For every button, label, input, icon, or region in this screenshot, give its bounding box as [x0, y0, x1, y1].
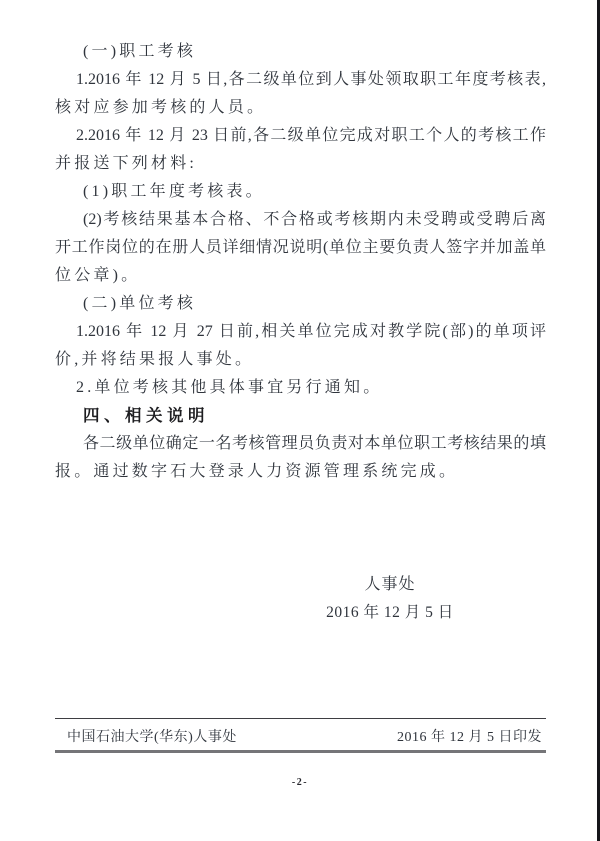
body-line-section-2-title: (二)单位考核	[55, 290, 546, 318]
body-line: 核对应参加考核的人员。	[55, 94, 546, 122]
body-line: 1.2016 年 12 月 27 日前,相关单位完成对教学院(部)的单项评	[55, 318, 546, 346]
body-line: 位公章)。	[55, 262, 546, 290]
section-heading: 四、相关说明	[55, 402, 546, 430]
body-line: (2)考核结果基本合格、不合格或考核期内未受聘或受聘后离	[55, 206, 546, 234]
footer: 中国石油大学(华东)人事处 2016 年 12 月 5 日印发	[55, 727, 546, 749]
footer-rule-thick	[55, 750, 546, 753]
signature-org: 人事处	[290, 571, 490, 599]
footer-print-date: 2016 年 12 月 5 日印发	[397, 727, 546, 749]
document-page: (一)职工考核 1.2016 年 12 月 5 日,各二级单位到人事处领取职工年…	[0, 0, 600, 841]
signature-date: 2016 年 12 月 5 日	[290, 599, 490, 627]
body-line: 并报送下列材料:	[55, 150, 546, 178]
page-number: -2-	[0, 777, 600, 788]
body-line: 报。通过数字石大登录人力资源管理系统完成。	[55, 458, 546, 486]
body-line: 2.单位考核其他具体事宜另行通知。	[55, 374, 546, 402]
signature-block: 人事处 2016 年 12 月 5 日	[290, 571, 490, 627]
body-line: 1.2016 年 12 月 5 日,各二级单位到人事处领取职工年度考核表,	[55, 66, 546, 94]
body-line: 开工作岗位的在册人员详细情况说明(单位主要负责人签字并加盖单	[55, 234, 546, 262]
body-line: 2.2016 年 12 月 23 日前,各二级单位完成对职工个人的考核工作	[55, 122, 546, 150]
body-line-section-1-title: (一)职工考核	[55, 38, 546, 66]
body-line: 各二级单位确定一名考核管理员负责对本单位职工考核结果的填	[55, 430, 546, 458]
footer-rule-thin	[55, 718, 546, 719]
document-body: (一)职工考核 1.2016 年 12 月 5 日,各二级单位到人事处领取职工年…	[55, 38, 546, 486]
body-line: (1)职工年度考核表。	[55, 178, 546, 206]
body-line: 价,并将结果报人事处。	[55, 346, 546, 374]
footer-issuer: 中国石油大学(华东)人事处	[55, 727, 237, 749]
